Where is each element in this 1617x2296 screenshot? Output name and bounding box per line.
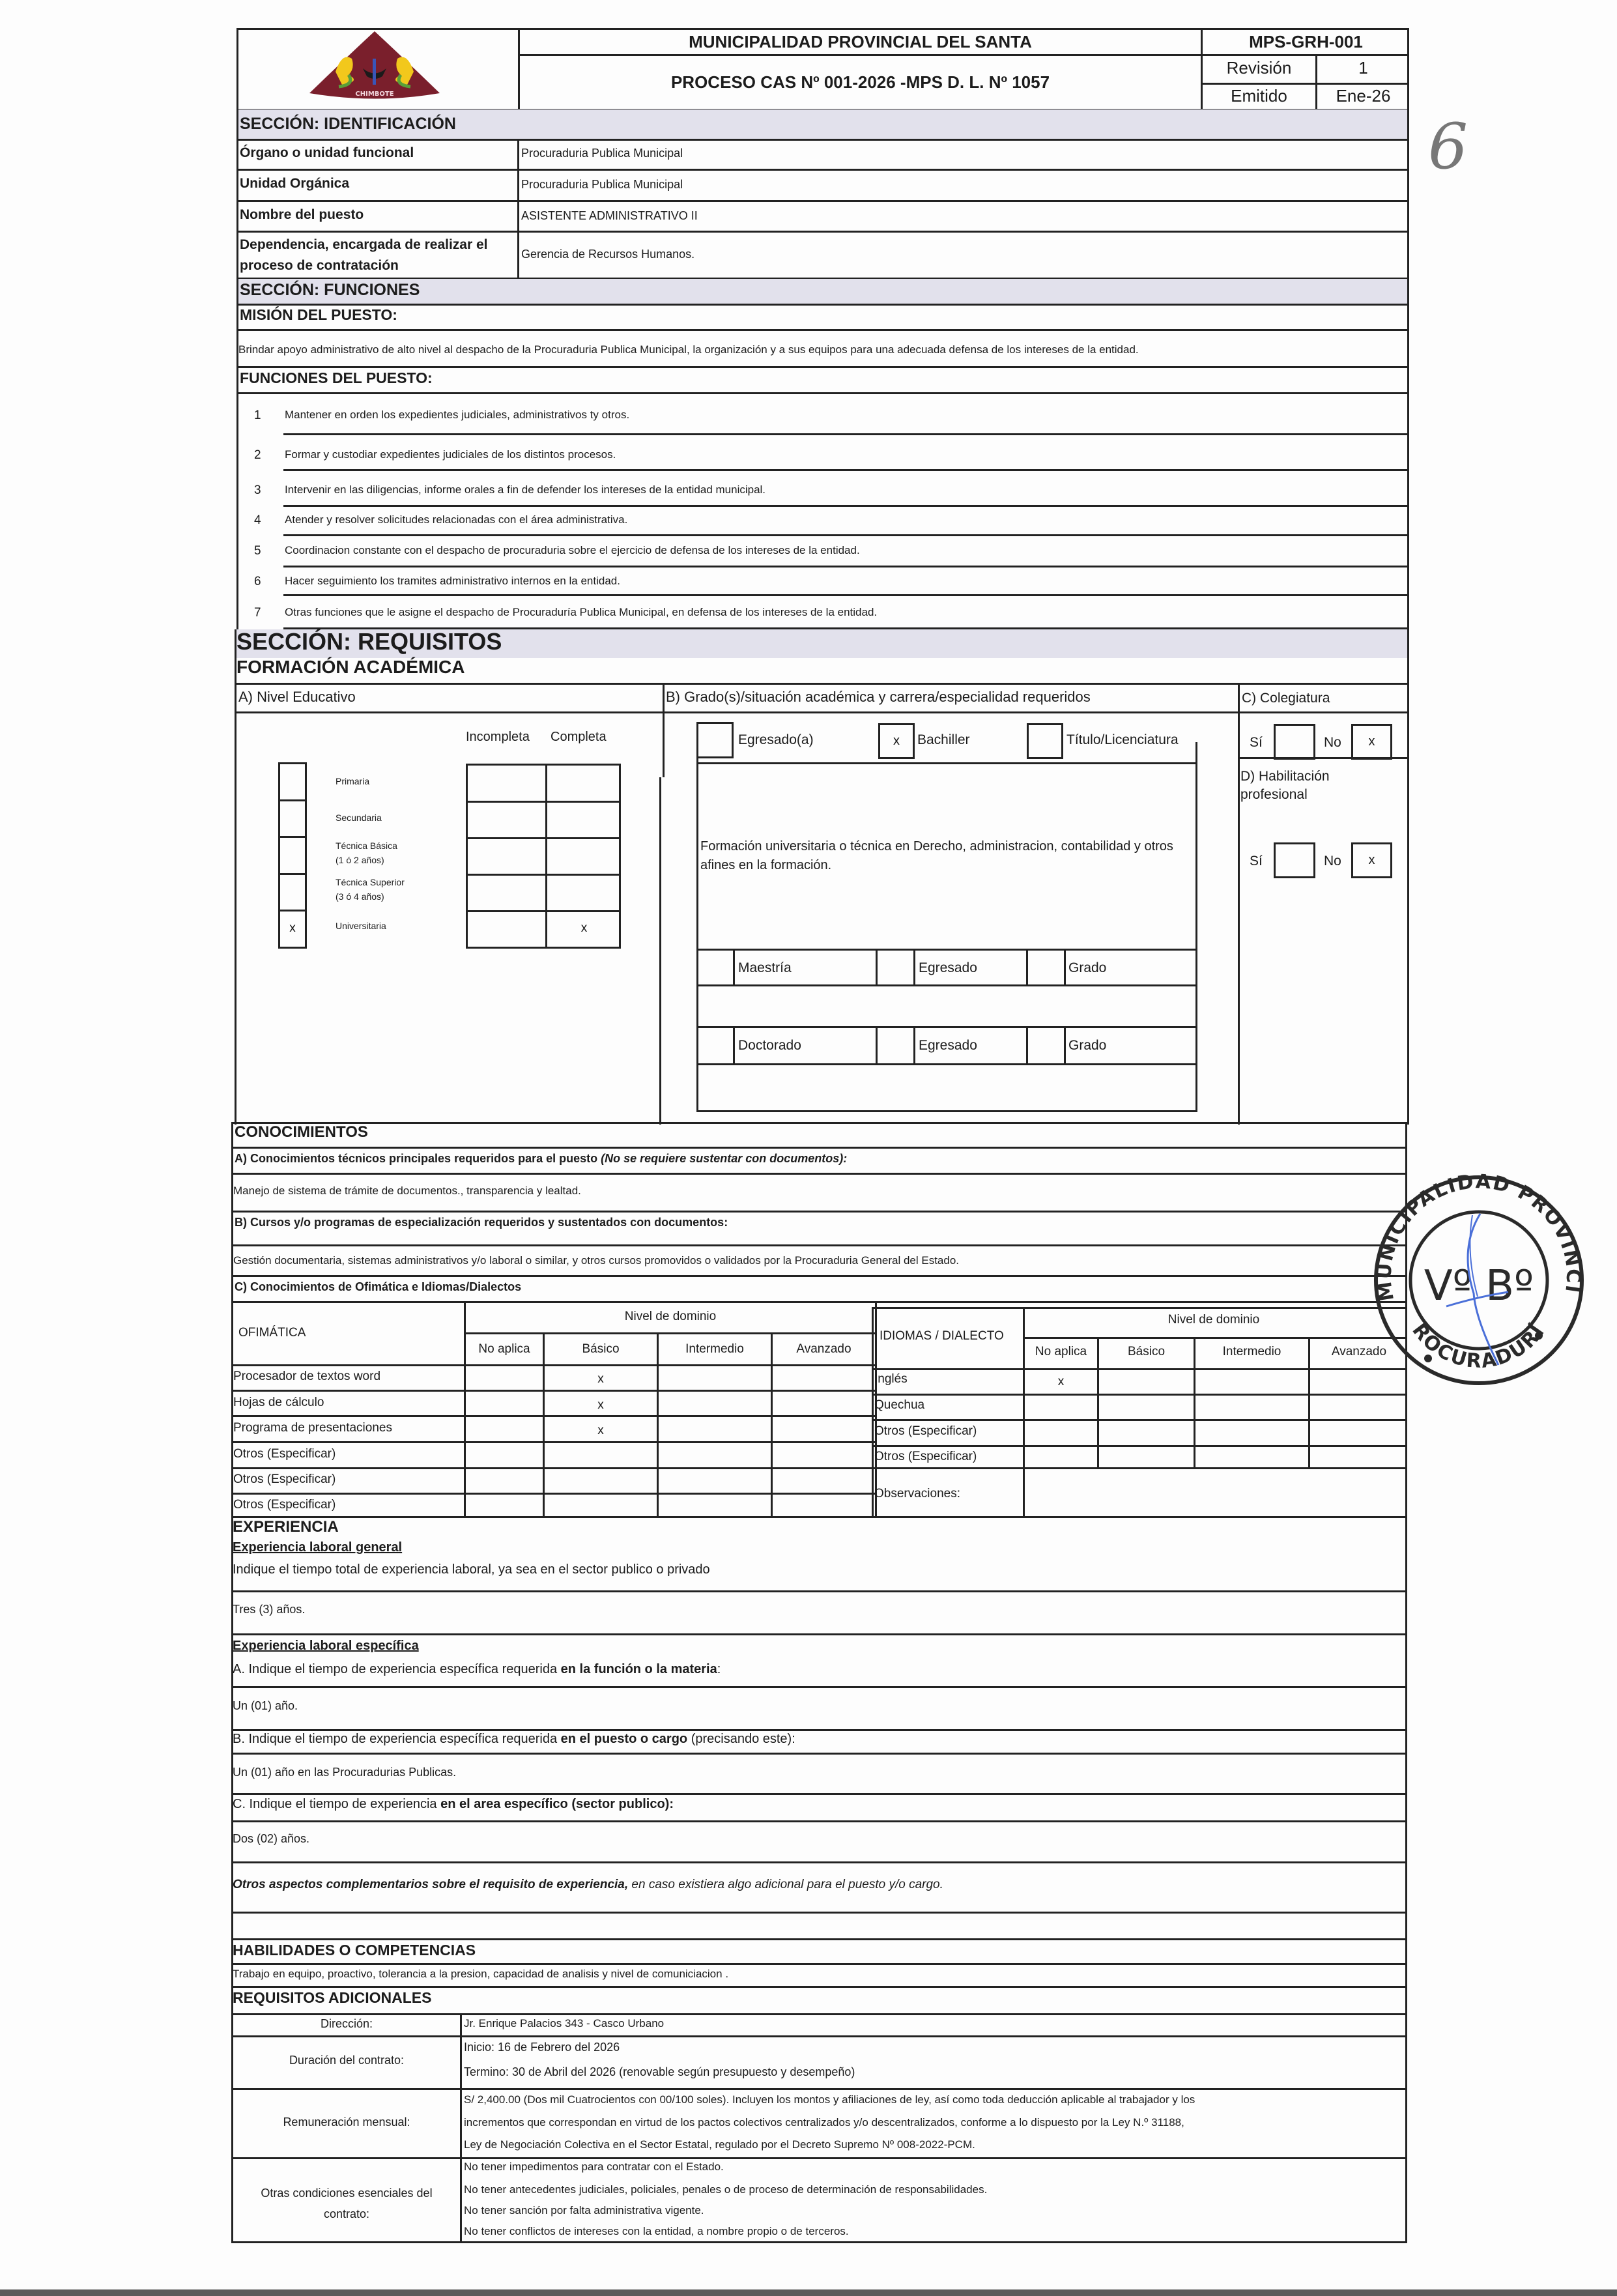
otras-line: No tener impedimentos para contratar con… [464,2160,724,2174]
function-text: Intervenir en las diligencias, informe o… [285,483,766,496]
function-text: Hacer seguimiento los tramites administr… [285,575,620,588]
experiencia-otros: Otros aspectos complementarios sobre el … [233,1878,943,1892]
ofimatica-row-label: Otros (Especificar) [233,1447,336,1461]
idiomas-header: IDIOMAS / DIALECTO [880,1329,1004,1343]
process-title: PROCESO CAS Nº 001-2026 -MPS D. L. Nº 10… [520,73,1201,93]
colegiatura-no-box[interactable]: x [1351,724,1392,760]
function-text: Formar y custodiar expedientes judiciale… [285,448,616,461]
nivel-universitaria: Universitaria [336,921,386,931]
habilitacion-si-box[interactable] [1274,842,1315,878]
label-maestria: Maestría [738,960,792,976]
remuneracion-line: S/ 2,400.00 (Dos mil Cuatrocientos con 0… [464,2093,1195,2106]
idiomas-mark[interactable]: x [1025,1375,1097,1389]
idiomas-level: Básico [1099,1345,1194,1359]
otras-label: Otras condiciones esenciales del [233,2187,460,2200]
universitaria-completa[interactable]: x [547,921,621,936]
habilitacion-no-box[interactable]: x [1351,842,1392,878]
ofimatica-header: OFIMÁTICA [238,1326,306,1340]
direccion-value: Jr. Enrique Palacios 343 - Casco Urbano [464,2017,664,2030]
habilidades-title: HABILIDADES O COMPETENCIAS [233,1942,476,1959]
otros-rest: en caso existiera algo adicional para el… [628,1878,943,1891]
grado-title: B) Grado(s)/situación académica y carrer… [666,689,1091,705]
label-unidad-organica: Unidad Orgánica [240,176,349,192]
section-title: SECCIÓN: IDENTIFICACIÓN [240,115,456,134]
col-completa: Completa [551,730,607,745]
idiomas-row-label: Otros (Especificar) [874,1450,977,1464]
experiencia-especifica-title: Experiencia laboral específica [233,1639,419,1654]
col-incompleta: Incompleta [466,730,530,745]
mision-text: Brindar apoyo administrativo de alto niv… [238,343,1139,356]
ofimatica-row-label: Hojas de cálculo [233,1396,324,1410]
habilitacion-title-2: profesional [1240,787,1308,803]
experiencia-c-value: Dos (02) años. [233,1832,309,1846]
function-number: 6 [254,575,261,589]
function-number: 7 [254,606,261,620]
label-maestria-egresado: Egresado [919,960,977,976]
experiencia-a-question: A. Indique el tiempo de experiencia espe… [233,1662,721,1677]
function-text: Coordinacion constante con el despacho d… [285,544,860,557]
nivel-primaria: Primaria [336,776,369,786]
municipal-logo: CHIMBOTE [303,29,446,101]
section-title: SECCIÓN: FUNCIONES [240,281,420,300]
q-bold: en el puesto o cargo [561,1732,687,1746]
ofimatica-mark[interactable]: x [545,1398,657,1413]
remuneracion-line: incrementos que correspondan en virtud d… [464,2116,1184,2129]
function-text: Mantener en orden los expedientes judici… [285,409,629,422]
colegiatura-no-label: No [1324,735,1341,751]
ofimatica-level: Intermedio [659,1342,771,1356]
experiencia-c-question: C. Indique el tiempo de experiencia en e… [233,1797,674,1812]
grado-title-text: B) Grado(s)/situación académica y carrer… [666,689,1091,705]
adicionales-title: REQUISITOS ADICIONALES [233,1989,431,2006]
document-code: MPS-GRH-001 [1203,33,1409,52]
otras-line: No tener sanción por falta administrativ… [464,2204,704,2217]
q-bold: en la función o la materia [561,1662,717,1676]
mark-universitaria[interactable]: x [278,921,307,936]
q-prefix: A. Indique el tiempo de experiencia espe… [233,1662,561,1676]
duracion-inicio: Inicio: 16 de Febrero del 2026 [464,2041,620,2054]
function-number: 3 [254,483,261,498]
experiencia-a-value: Un (01) año. [233,1699,298,1713]
function-text: Atender y resolver solicitudes relaciona… [285,513,627,526]
label-dependencia: Dependencia, encargada de realizar el pr… [240,235,513,276]
otras-label-2: contrato: [233,2207,460,2221]
q-prefix: B. Indique el tiempo de experiencia espe… [233,1732,561,1746]
label-doctorado-egresado: Egresado [919,1038,977,1054]
label-organo: Órgano o unidad funcional [240,145,414,161]
nivel-educativo-title: A) Nivel Educativo [238,689,356,705]
experiencia-general-title: Experiencia laboral general [233,1540,402,1555]
ofimatica-row-label: Procesador de textos word [233,1370,380,1384]
label-nombre-puesto: Nombre del puesto [240,207,364,223]
a-note: (No se requiere sustentar con documentos… [601,1152,847,1165]
label-maestria-grado: Grado [1068,960,1106,976]
mision-title: MISIÓN DEL PUESTO: [240,306,397,323]
function-number: 2 [254,448,261,463]
remuneracion-line: Ley de Negociación Colectiva en el Secto… [464,2138,975,2151]
nivel-tecnica-superior-sub: (3 ó 4 años) [336,891,384,902]
ofimatica-level: Básico [545,1342,657,1356]
revision-label: Revisión [1203,59,1315,78]
value-organo: Procuraduria Publica Municipal [521,147,683,160]
otros-bold: Otros aspectos complementarios sobre el … [233,1878,628,1891]
ofimatica-mark[interactable]: x [545,1372,657,1386]
remuneracion-label: Remuneración mensual: [233,2116,460,2129]
colegiatura-title: C) Colegiatura [1242,691,1330,706]
issued-label: Emitido [1203,87,1315,106]
q-prefix: C. Indique el tiempo de experiencia [233,1797,440,1811]
otras-line: No tener conflictos de intereses con la … [464,2225,849,2238]
function-number: 5 [254,544,261,558]
value-unidad-organica: Procuraduria Publica Municipal [521,178,683,192]
ofimatica-mark[interactable]: x [545,1424,657,1438]
conocimientos-a-value: Manejo de sistema de trámite de document… [233,1184,581,1198]
value-dependencia: Gerencia de Recursos Humanos. [521,248,694,261]
observaciones-label: Observaciones: [874,1487,960,1501]
habilitacion-title: D) Habilitación [1240,769,1330,784]
function-number: 1 [254,409,261,423]
formacion-title: FORMACIÓN ACADÉMICA [236,657,465,678]
ofimatica-level: Avanzado [773,1342,875,1356]
conocimientos-b-value: Gestión documentaria, sistemas administr… [233,1254,959,1267]
nivel-secundaria: Secundaria [336,812,382,823]
experiencia-b-value: Un (01) año en las Procuradurias Publica… [233,1766,456,1779]
label-doctorado-grado: Grado [1068,1038,1106,1054]
experiencia-title: EXPERIENCIA [233,1518,339,1536]
section-title: SECCIÓN: REQUISITOS [236,628,502,655]
carrera-text: Formación universitaria o técnica en Der… [700,837,1195,875]
experiencia-general-question: Indique el tiempo total de experiencia l… [233,1562,710,1577]
idiomas-row-label: Quechua [874,1398,924,1413]
conocimientos-b-title: B) Cursos y/o programas de especializaci… [235,1216,728,1229]
conocimientos-title: CONOCIMIENTOS [235,1123,368,1141]
q-suffix: : [717,1662,721,1676]
idiomas-row-label: Inglés [874,1372,908,1386]
label-doctorado: Doctorado [738,1038,801,1054]
ofimatica-level: No aplica [466,1342,543,1356]
habilitacion-si-label: Sí [1250,854,1263,869]
revision-value: 1 [1317,59,1409,78]
a-title-text: A) Conocimientos técnicos principales re… [235,1152,597,1165]
scan-edge [0,2289,1617,2296]
function-number: 4 [254,513,261,528]
colegiatura-si-box[interactable] [1274,724,1315,760]
funciones-title: FUNCIONES DEL PUESTO: [240,369,433,386]
conocimientos-a-title: A) Conocimientos técnicos principales re… [235,1152,847,1166]
idiomas-row-label: Otros (Especificar) [874,1424,977,1439]
nivel-tecnica-basica-sub: (1 ó 2 años) [336,855,384,865]
experiencia-general-value: Tres (3) años. [233,1603,305,1616]
handwritten-page-number: 6 [1428,111,1468,182]
experiencia-b-question: B. Indique el tiempo de experiencia espe… [233,1732,795,1747]
idiomas-nivel-header: Nivel de dominio [1025,1313,1403,1327]
q-suffix: (precisando este): [687,1732,795,1746]
ofimatica-nivel-header: Nivel de dominio [466,1310,875,1324]
idiomas-level: No aplica [1025,1345,1097,1359]
carrera-box [696,742,1197,1112]
function-text: Otras funciones que le asigne el despach… [285,606,877,619]
svg-text:CHIMBOTE: CHIMBOTE [355,91,394,98]
issued-value: Ene-26 [1317,87,1409,106]
colegiatura-si-label: Sí [1250,735,1263,751]
ofimatica-row-label: Programa de presentaciones [233,1421,392,1435]
q-bold: en el area específico (sector publico): [440,1797,674,1811]
direccion-label: Dirección: [233,2017,460,2031]
approval-stamp: MUNICIPALIDAD PROVINCIAL DEL SANTA PROCU… [1368,1170,1590,1391]
svg-text:Vº Bº: Vº Bº [1424,1262,1534,1310]
otras-line: No tener antecedentes judiciales, polici… [464,2183,987,2196]
habilitacion-no-label: No [1324,854,1341,869]
duracion-label: Duración del contrato: [233,2054,460,2067]
ofimatica-row-label: Otros (Especificar) [233,1472,336,1487]
habilidades-value: Trabajo en equipo, proactivo, tolerancia… [233,1968,728,1981]
org-name: MUNICIPALIDAD PROVINCIAL DEL SANTA [520,33,1201,52]
conocimientos-c-title: C) Conocimientos de Ofimática e Idiomas/… [235,1280,521,1294]
value-nombre-puesto: ASISTENTE ADMINISTRATIVO II [521,209,698,223]
duracion-termino: Termino: 30 de Abril del 2026 (renovable… [464,2065,855,2079]
ofimatica-row-label: Otros (Especificar) [233,1498,336,1512]
nivel-tecnica-basica: Técnica Básica [336,840,397,851]
nivel-tecnica-superior: Técnica Superior [336,877,405,887]
idiomas-level: Intermedio [1195,1345,1308,1359]
